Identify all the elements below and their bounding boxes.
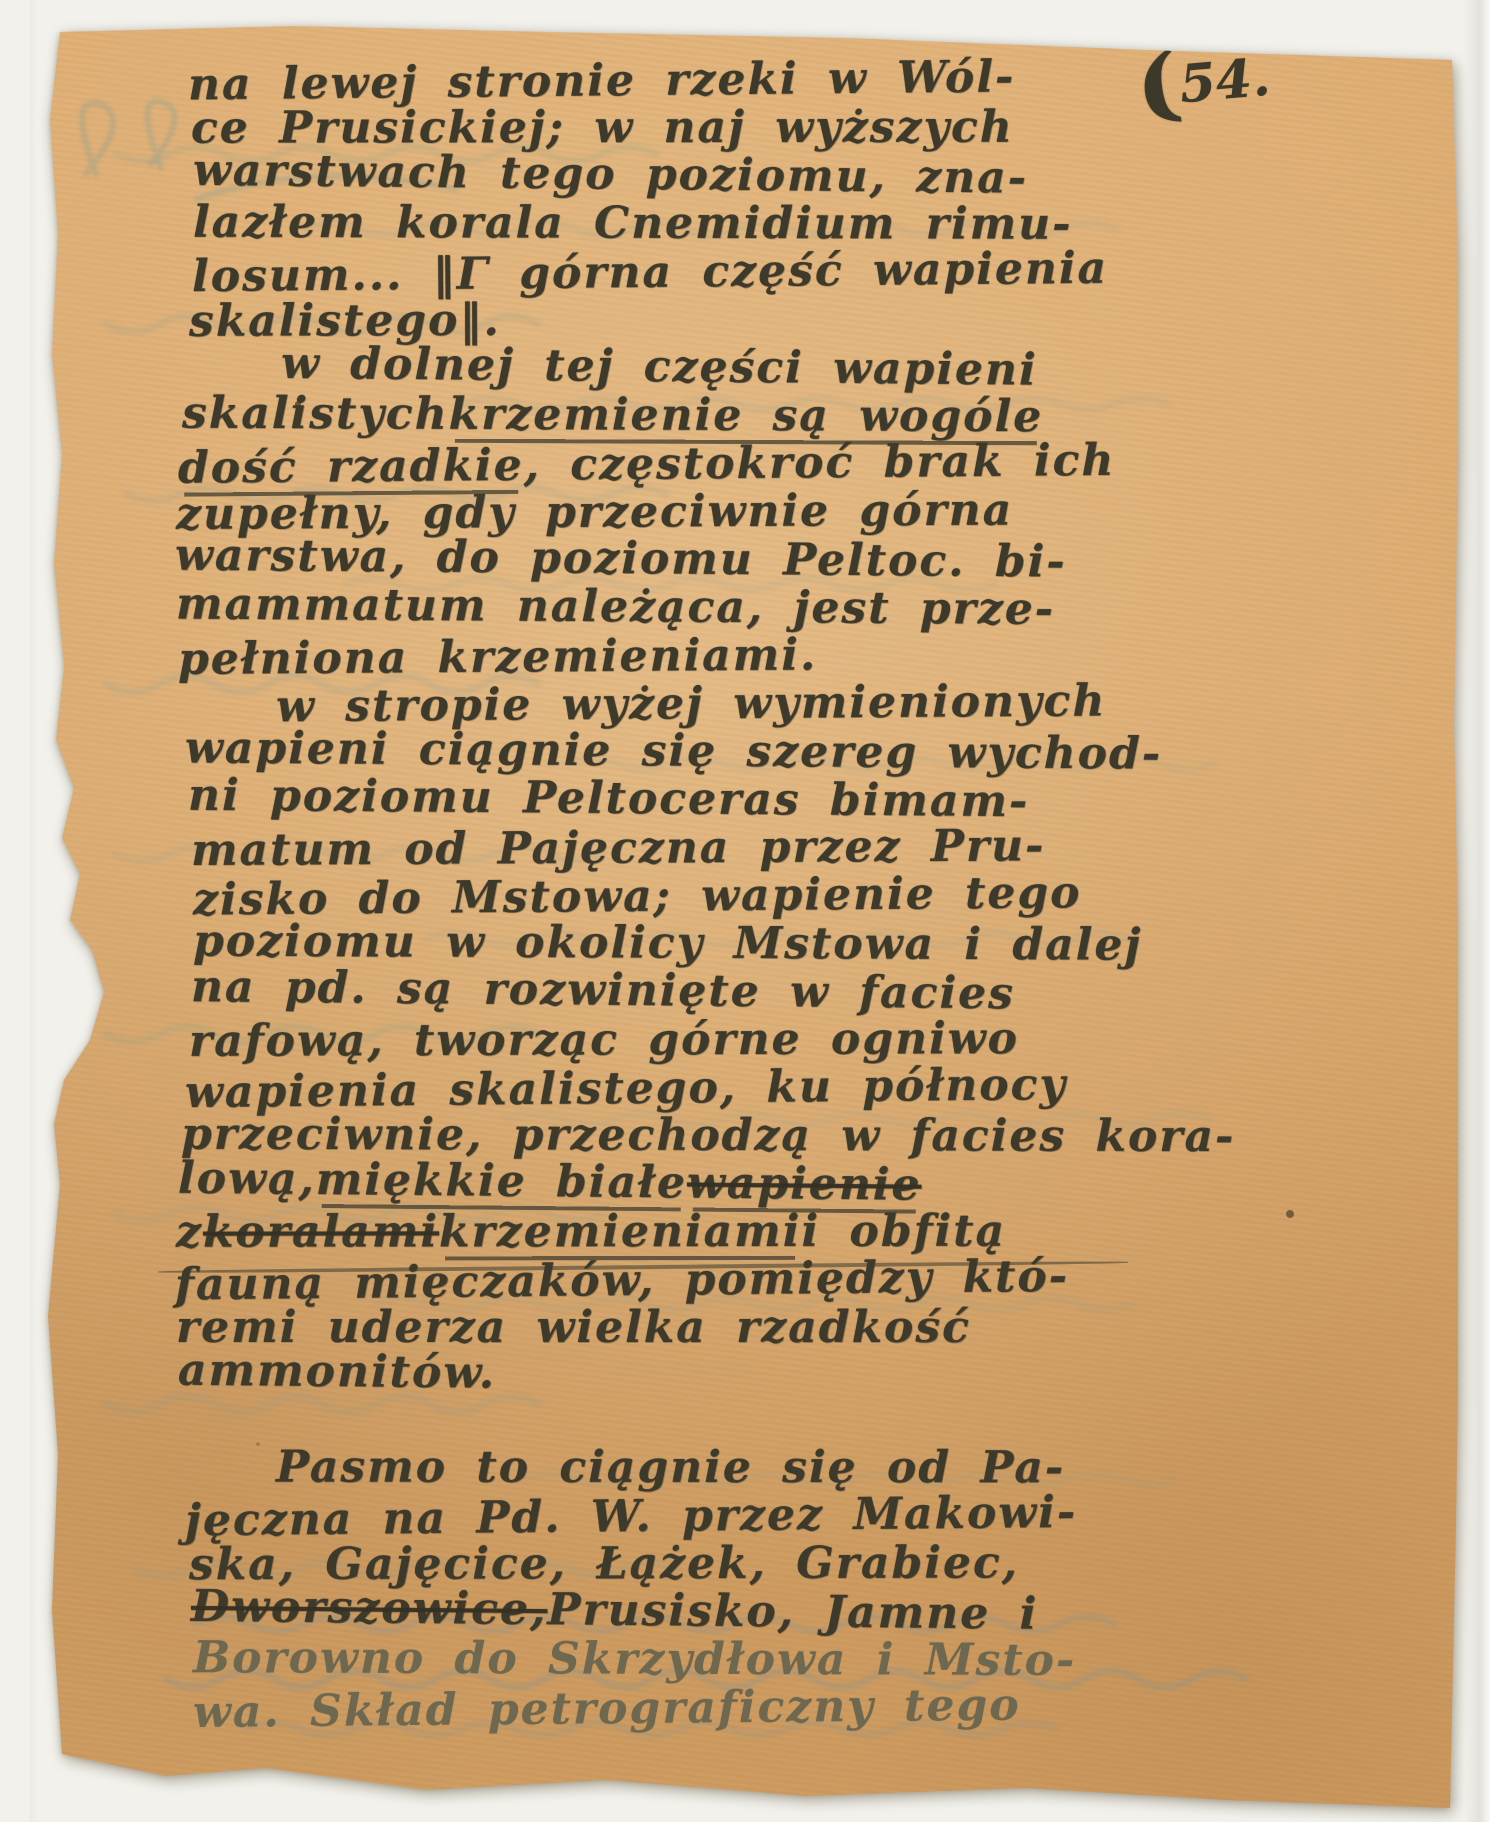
manuscript-segment: Borowno do Skrzydłowa i Msto- bbox=[193, 1634, 1076, 1685]
manuscript-segment: warstwa, do poziomu Peltoc. bi- bbox=[175, 532, 1067, 587]
manuscript-segment: skalistych bbox=[182, 390, 449, 439]
manuscript-segment: miękkie białe bbox=[316, 1156, 688, 1207]
manuscript-line: lazłem korala Cnemidium rimu- bbox=[193, 199, 1304, 250]
manuscript-segment: na pd. są rozwinięte w facies bbox=[191, 963, 1015, 1018]
manuscript-line: Borowno do Skrzydłowa i Msto- bbox=[193, 1634, 1304, 1685]
manuscript-segment: ni poziomu Peltoceras bimam- bbox=[188, 772, 1030, 826]
manuscript-segment: fauną mięczaków, pomiędzy któ- bbox=[175, 1253, 1069, 1310]
manuscript-segment: w dolnej tej części wapieni bbox=[281, 340, 1038, 395]
manuscript-line: dość rzadkie, częstokroć brak ich bbox=[178, 435, 1304, 492]
paper-specks bbox=[46, 24, 50, 28]
manuscript-segment: i obfitą bbox=[801, 1208, 1006, 1256]
manuscript-line: z koralami krzemieniami i obfitą bbox=[176, 1207, 1304, 1256]
manuscript-segment: wa. Skład petrograficzny tego bbox=[193, 1682, 1021, 1737]
manuscript-line: ni poziomu Peltoceras bimam- bbox=[188, 772, 1304, 829]
manuscript-line: matum od Pajęczna przez Pru- bbox=[191, 821, 1304, 875]
manuscript-segment: , częstokroć brak ich bbox=[523, 437, 1115, 490]
manuscript-segment: lazłem korala Cnemidium rimu- bbox=[193, 199, 1073, 249]
manuscript-segment: Pasmo to ciągnie się od Pa- bbox=[276, 1444, 1065, 1493]
manuscript-line: mammatum należąca, jest prze- bbox=[176, 581, 1304, 636]
manuscript-line: wa. Skład petrograficzny tego bbox=[193, 1679, 1304, 1737]
manuscript-segment: z bbox=[176, 1209, 203, 1257]
manuscript-line: na lewej stronie rzeki w Wól- bbox=[188, 51, 1304, 110]
manuscript-segment: matum od Pajęczna przez Pru- bbox=[191, 822, 1046, 875]
manuscript-segment: dość rzadkie bbox=[178, 442, 524, 493]
manuscript-page-wrapper: (54. na lewej stronie rzeki w Wól-ce Pru… bbox=[0, 0, 1490, 1822]
manuscript-line: rafową, tworząc górne ogniwo bbox=[189, 1014, 1304, 1066]
manuscript-segment: rafową, tworząc górne ogniwo bbox=[189, 1015, 1019, 1066]
manuscript-segment: mammatum należąca, jest prze- bbox=[176, 581, 1055, 634]
manuscript-segment: pełniona krzemieniami. bbox=[178, 631, 818, 683]
manuscript-line: na pd. są rozwinięte w facies bbox=[191, 963, 1304, 1021]
manuscript-segment: koralami bbox=[203, 1208, 439, 1256]
manuscript-line: remi uderza wielka rzadkość bbox=[176, 1304, 1304, 1352]
manuscript-line: pełniona krzemieniami. bbox=[178, 628, 1304, 684]
manuscript-line: losum... ‖Γ górna część wapienia bbox=[192, 243, 1304, 301]
manuscript-line: ammonitów. bbox=[178, 1347, 1304, 1406]
manuscript-line: ce Prusickiej; w naj wyższych bbox=[191, 103, 1304, 152]
manuscript-line: fauną mięczaków, pomiędzy któ- bbox=[175, 1251, 1304, 1310]
manuscript-segment: lową, bbox=[178, 1155, 316, 1204]
manuscript-segment: losum... ‖Γ górna część wapienia bbox=[192, 245, 1108, 301]
manuscript-segment: wapienie bbox=[687, 1159, 922, 1209]
manuscript-segment: krzemieniami bbox=[439, 1208, 801, 1256]
manuscript-segment: krzemienie są wogóle bbox=[449, 391, 1044, 441]
manuscript-segment: warstwach tego poziomu, zna- bbox=[193, 147, 1028, 203]
manuscript-line: skalistych krzemienie są wogóle bbox=[182, 390, 1304, 443]
manuscript-line: lową, miękkie białe wapienie bbox=[178, 1155, 1304, 1214]
manuscript-text: na lewej stronie rzeki w Wól-ce Prusicki… bbox=[184, 56, 1304, 1732]
manuscript-line: jęczna na Pd. W. przez Makowi- bbox=[185, 1487, 1304, 1546]
manuscript-line: Pasmo to ciągnie się od Pa- bbox=[181, 1444, 1304, 1493]
manuscript-paper: (54. na lewej stronie rzeki w Wól-ce Pru… bbox=[46, 24, 1458, 1810]
manuscript-segment: Prusisko, Jamne i bbox=[547, 1586, 1038, 1639]
manuscript-segment: ammonitów. bbox=[178, 1347, 497, 1398]
manuscript-segment: Dworszowice, bbox=[191, 1583, 548, 1634]
